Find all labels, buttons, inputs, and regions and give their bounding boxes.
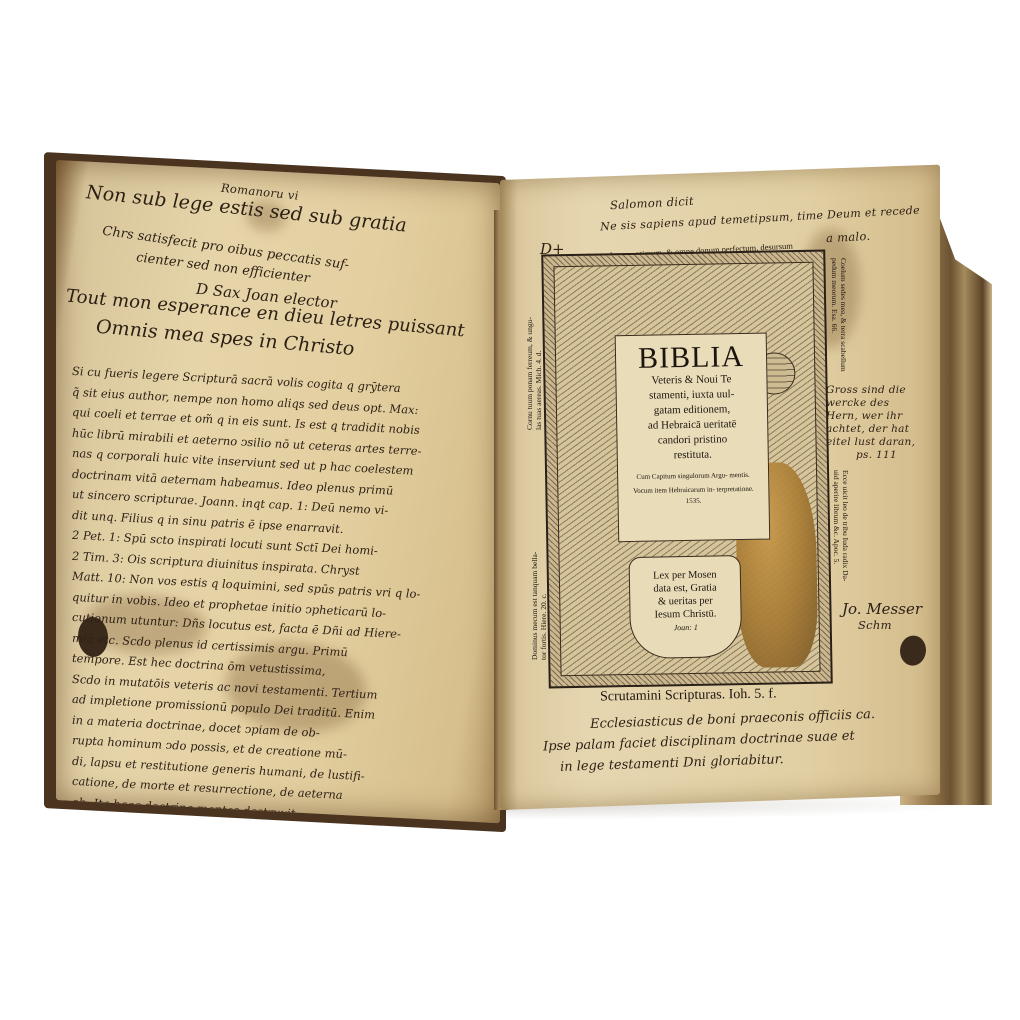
manuscript-body: Si cu fueris legere Scripturā sacrā voli… <box>72 361 492 823</box>
signature-line: Schm <box>842 618 922 632</box>
cartouche-reference: Joan: 1 <box>631 622 741 633</box>
margin-line: Ecce uicit leo de tribu Iuda radix Da- <box>841 470 850 581</box>
margin-line: Dominus mecum est tanquam bella- <box>530 552 539 660</box>
title-note-line: Vocum item Hebraicarum in- <box>633 486 715 495</box>
handwritten-line: Gross sind die <box>826 384 915 397</box>
owner-signature: Jo. Messer Schm <box>842 600 922 632</box>
signature-line: Jo. Messer <box>842 600 922 618</box>
title-note: Cum Capitum singulorum Argu- mentis. <box>618 470 768 483</box>
book-title: BIBLIA <box>616 342 767 375</box>
margin-line: Coelum sedes mea, & terra scabellum <box>839 258 848 372</box>
handwritten-line: eitel lust daran, <box>826 436 915 449</box>
handwritten-line: wercke des <box>826 397 915 410</box>
right-margin-handwriting: Gross sind die wercke des Hern, wer ihr … <box>826 384 915 462</box>
margin-line: las tuas aereas. Mich. 4. d. <box>534 317 543 430</box>
title-note-line: Cum Capitum singulorum Argu- <box>636 471 727 481</box>
handwritten-note: a malo. <box>826 229 871 245</box>
cartouche-line: Iesum Christū. <box>630 607 740 622</box>
title-note: Vocum item Hebraicarum in- terpretatione… <box>618 484 768 497</box>
publication-year: 1535. <box>618 496 768 507</box>
title-note-line: terpretatione. <box>716 485 753 494</box>
title-note-line: mentis. <box>729 471 750 479</box>
handwritten-line: ps. 111 <box>826 449 915 462</box>
printed-caption: Scrutamini Scripturas. Ioh. 5. f. <box>600 686 777 705</box>
margin-line: uid aperire librum &c. Apoc. 5. <box>832 470 841 581</box>
handwritten-line: Hern, wer ihr <box>826 410 915 423</box>
margin-verse-right-upper: Coelum sedes mea, & terra scabellum pedu… <box>830 258 848 372</box>
photo-scene: Romanoru vi Non sub lege estis sed sub g… <box>0 0 1020 1020</box>
margin-verse-right-lower: Ecce uicit leo de tribu Iuda radix Da- u… <box>832 470 850 581</box>
margin-verse-left-upper: Cornu tuum ponam ferreum, & ungu- las tu… <box>525 317 543 430</box>
ink-blot <box>900 635 926 666</box>
margin-verse-left-lower: Dominus mecum est tanquam bella- tor for… <box>530 552 548 660</box>
scripture-cartouche: Lex per Mosen data est, Gratia & ueritas… <box>629 555 743 659</box>
handwritten-line: achtet, der hat <box>826 423 915 436</box>
margin-line: tor fortis. Hiere. 20. c. <box>539 552 548 660</box>
left-flyleaf-page: Romanoru vi Non sub lege estis sed sub g… <box>56 160 500 823</box>
woodcut-border: BIBLIA Veteris & Noui Te stamenti, iuxta… <box>541 250 833 689</box>
title-line: restituta. <box>618 447 768 465</box>
margin-line: pedum meorum. Esa. 66. <box>830 258 839 372</box>
title-panel: BIBLIA Veteris & Noui Te stamenti, iuxta… <box>615 333 771 543</box>
margin-line: Cornu tuum ponam ferreum, & ungu- <box>525 317 534 430</box>
